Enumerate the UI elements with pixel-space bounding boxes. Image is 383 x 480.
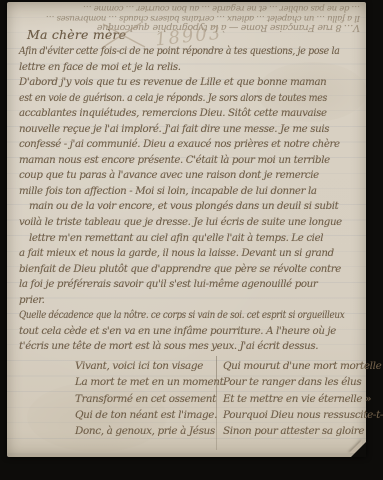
inverted-line: Il a fallu … un chapelet … adieux … cert… bbox=[13, 13, 360, 23]
inverted-line: … de ne pas oublier … et ne regarde … au… bbox=[13, 3, 360, 13]
letter-line: maman nous est encore présente. C'était … bbox=[19, 153, 363, 169]
letter-line: t'écris une tête de mort est là sous mes… bbox=[19, 339, 363, 355]
letter-line: a fait mieux et nous la garde, il nous l… bbox=[19, 246, 363, 262]
letter-line: bienfait de Dieu plutôt que d'apprendre … bbox=[19, 262, 363, 278]
poem-column-divider bbox=[216, 356, 217, 450]
poem-line: La mort te met en un moment bbox=[75, 374, 215, 390]
poem-line: Donc, à genoux, prie à Jésus bbox=[75, 423, 215, 439]
letter-body: Afin d'éviter cette fois-ci de ne point … bbox=[19, 44, 363, 355]
letter-line: confessé - j'ai communié. Dieu a exaucé … bbox=[19, 137, 363, 153]
letter-line: voilà le triste tableau que je dresse. J… bbox=[19, 215, 363, 231]
letter-line: nouvelle reçue je l'ai imploré. J'ai fai… bbox=[19, 122, 363, 138]
letter-line: lettre m'en remettant au ciel afin qu'el… bbox=[19, 231, 363, 247]
letter-line: est en voie de guérison. a cela je répon… bbox=[19, 91, 335, 107]
letter-paper: V… 8 rue Française Rome — à la typograph… bbox=[7, 2, 366, 457]
poem-line: Qui de ton néant est l'image. bbox=[75, 407, 215, 423]
letter-line: D'abord j'y vois que tu es revenue de Li… bbox=[19, 75, 363, 91]
letter-scan-background: V… 8 rue Française Rome — à la typograph… bbox=[0, 0, 383, 480]
poem-right-column: Qui mourut d'une mort mortelle Pour te r… bbox=[223, 358, 363, 439]
letter-line: Quelle décadence que la nôtre. ce corps … bbox=[19, 308, 315, 324]
poem-line: Transformé en cet ossement bbox=[75, 391, 215, 407]
letter-line: la foi je préférerais savoir qu'il s'est… bbox=[19, 277, 363, 293]
letter-line: lettre en face de moi et je la relis. bbox=[19, 60, 363, 76]
poem-left-column: Vivant, voici ici ton visage La mort te … bbox=[75, 358, 215, 439]
letter-line: accablantes inquiétudes, remercions Dieu… bbox=[19, 106, 363, 122]
poem-line: Et te mettre en vie éternelle » bbox=[223, 391, 363, 407]
letter-line: Afin d'éviter cette fois-ci de ne point … bbox=[19, 44, 335, 60]
poem-line: Qui mourut d'une mort mortelle bbox=[223, 358, 363, 374]
letter-line: mille fois ton affection - Moi si loin, … bbox=[19, 184, 363, 200]
poem-line: Pour te ranger dans les élus bbox=[223, 374, 363, 390]
letter-line: prier. bbox=[19, 293, 363, 309]
letter-line: main ou de la voir encore, et vous plong… bbox=[19, 199, 363, 215]
letter-line: coup que tu paras à l'avance avec une ra… bbox=[19, 168, 363, 184]
poem-line: Pourquoi Dieu nous ressuscite-t-il bbox=[223, 407, 363, 423]
memento-mori-poem: Vivant, voici ici ton visage La mort te … bbox=[7, 354, 366, 454]
poem-line: Sinon pour attester sa gloire bbox=[223, 423, 363, 439]
poem-line: Vivant, voici ici ton visage bbox=[75, 358, 215, 374]
folded-corner-cut bbox=[351, 442, 366, 457]
letter-line: tout cela cède et s'en va en une infâme … bbox=[19, 324, 363, 340]
